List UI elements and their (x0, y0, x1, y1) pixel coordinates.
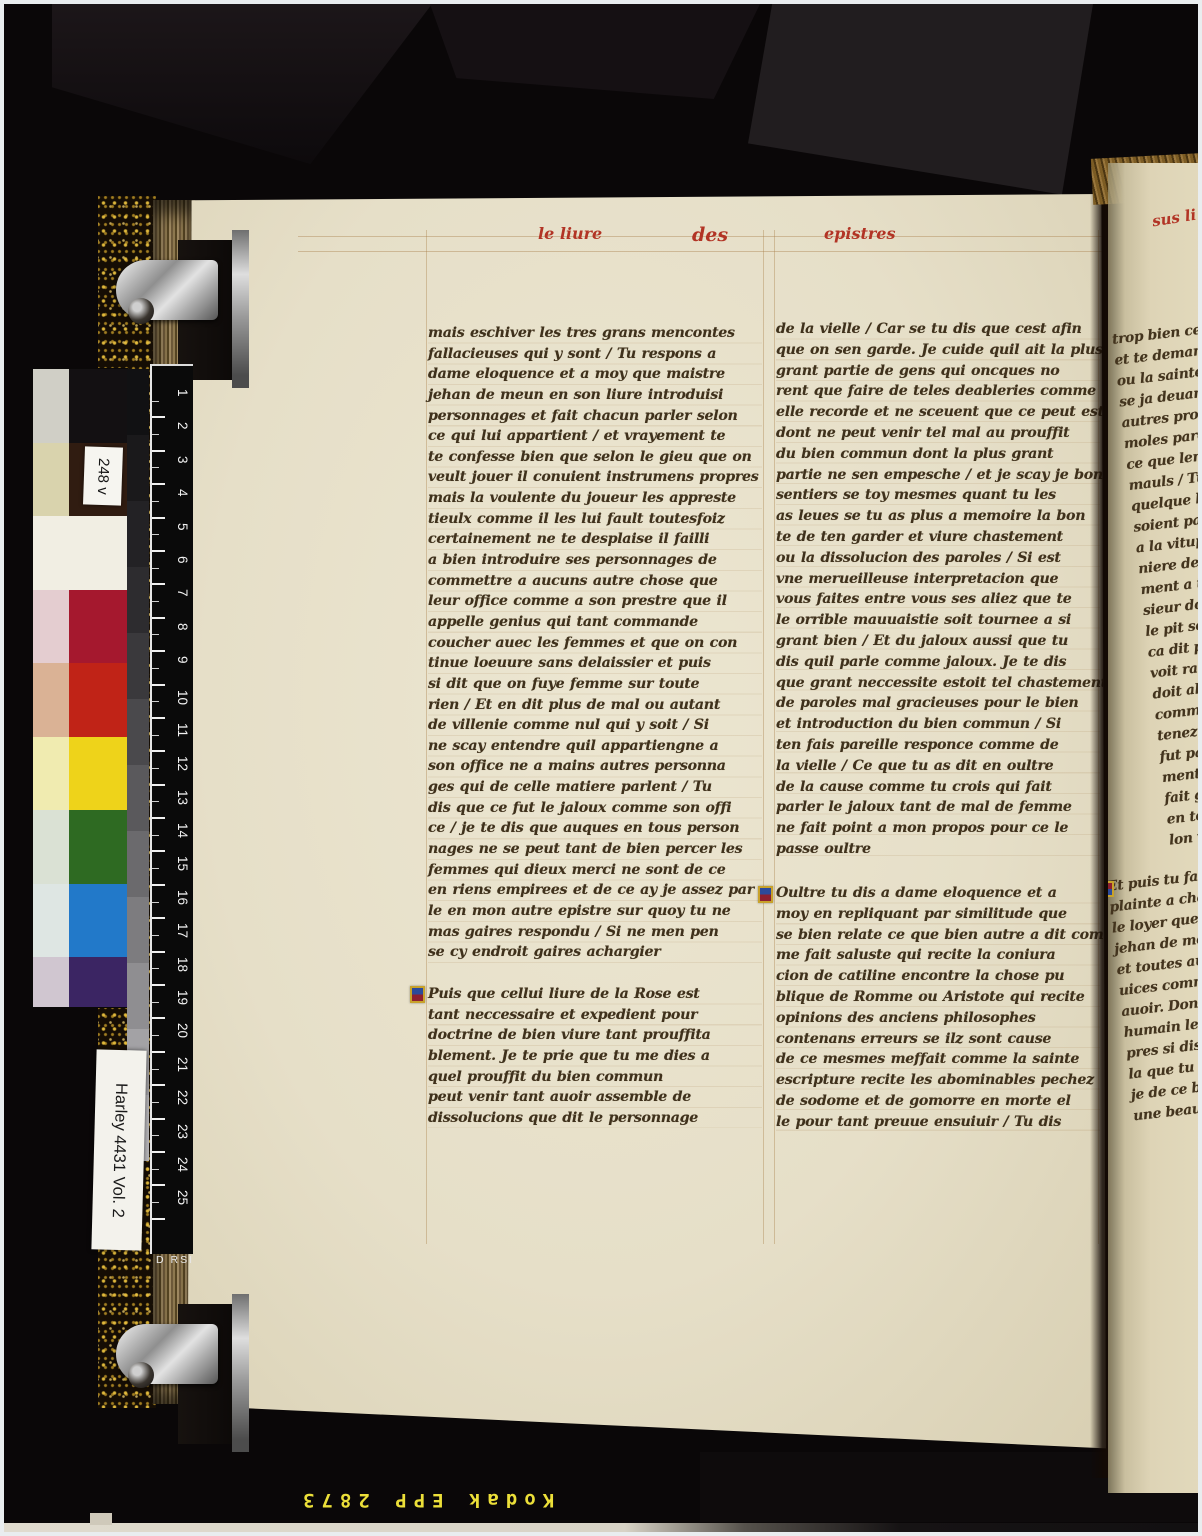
manuscript-line: certainement ne te desplaise il failli (428, 529, 762, 550)
ruler-number: 6 (175, 556, 190, 564)
color-chart-row (33, 810, 127, 884)
ruler-number: 2 (175, 422, 190, 430)
manuscript-line: parler le jaloux tant de mal de femme (776, 797, 1100, 818)
manuscript-line: ten fais pareille responce comme de (776, 735, 1100, 756)
ruler-number: 3 (175, 456, 190, 464)
manuscript-line: ne fait point a mon propos pour ce le (776, 818, 1100, 839)
facing-paragraph-1: trop bien ce te semble eet te demande se… (1111, 311, 1202, 852)
color-patch-tint (33, 810, 69, 884)
illuminated-paragraph-mark-icon (758, 886, 773, 903)
gray-step (127, 963, 149, 1029)
color-patch-tint (33, 590, 69, 664)
film-edge-text: Kodak EPP 2873 (296, 1489, 554, 1511)
ruler-tick-minor (152, 1202, 159, 1203)
color-patch-solid (69, 663, 127, 737)
ruler-unit: 17 (152, 918, 193, 951)
ruler-tick-minor (152, 401, 159, 402)
ruling-line (298, 251, 1102, 252)
manuscript-line: nages ne se peut tant de bien percer les (428, 839, 762, 860)
manuscript-line: as leues se tu as plus a memoire la bon (776, 506, 1100, 527)
manuscript-line: le pour tant preuue ensuiuir / Tu dis (776, 1112, 1100, 1133)
ruler-unit: 20 (152, 1018, 193, 1051)
manuscript-line: le en mon autre epistre sur quoy tu ne (428, 901, 762, 922)
ruler-unit: 1 (152, 384, 193, 417)
ruler-number: 9 (175, 656, 190, 664)
manuscript-line: blement. Je te prie que tu me dies a (428, 1046, 762, 1067)
manuscript-line: vous faites entre vous ses aliez que te (776, 589, 1100, 610)
color-patch-tint (33, 443, 69, 517)
running-header-left: le liure (538, 224, 602, 243)
gray-step (127, 567, 149, 633)
color-patch-solid (69, 516, 127, 590)
manuscript-line: ne scay entendre quil appartiengne a (428, 736, 762, 757)
color-chart-row (33, 737, 127, 811)
facing-page-edge: sus li trop bien ce te semble eet te dem… (1108, 163, 1202, 1493)
manuscript-line: se bien relate ce que bien autre a dit c… (776, 925, 1100, 946)
ruler-number: 20 (175, 1023, 190, 1038)
manuscript-line: moy en repliquant par similitude que (776, 904, 1100, 925)
ruler: 1 2 3 4 5 6 (150, 364, 193, 1254)
right-column-paragraph-2: Oultre tu dis a dame eloquence et amoy e… (776, 883, 1100, 1133)
manuscript-line: grant bien / Et du jaloux aussi que tu (776, 631, 1100, 652)
ruler-unit: 12 (152, 751, 193, 784)
gray-step (127, 435, 149, 501)
ruler-unit: 9 (152, 651, 193, 684)
manuscript-page: le liure des epistres mais eschiver les … (186, 194, 1106, 1456)
color-patch-tint (33, 884, 69, 958)
gray-step (127, 633, 149, 699)
manuscript-line: appelle genius qui tant commande (428, 612, 762, 633)
manuscript-line: commettre a aucuns autre chose que (428, 571, 762, 592)
ruler-tick-minor (152, 1069, 159, 1070)
color-patch-solid (69, 369, 127, 443)
ruler-unit: 8 (152, 618, 193, 651)
ruler-tick-major (152, 1218, 165, 1220)
manuscript-line: vne merueilleuse interpretacion que (776, 569, 1100, 590)
ruler-number: 19 (175, 990, 190, 1005)
ruler-number: 17 (175, 923, 190, 938)
binding-clip-bottom (116, 1302, 256, 1462)
ruler-number: 16 (175, 890, 190, 905)
running-header-center: des (692, 224, 728, 246)
ruler-number: 11 (175, 723, 190, 737)
ruler-number: 21 (175, 1057, 190, 1072)
manuscript-line: blique de Romme ou Aristote qui recite (776, 987, 1100, 1008)
manuscript-line: contenans erreurs se ilz sont cause (776, 1029, 1100, 1050)
right-column-paragraph-1: de la vielle / Car se tu dis que cest af… (776, 319, 1100, 860)
color-patch-solid (69, 884, 127, 958)
left-column-paragraph-1: mais eschiver les tres grans mencontesfa… (428, 323, 762, 963)
manuscript-line: femmes qui dieux merci ne sont de ce (428, 860, 762, 881)
ruler-tick-minor (152, 835, 159, 836)
ruler-unit: 24 (152, 1152, 193, 1185)
color-patch-tint (33, 957, 69, 1007)
manuscript-line: rent que faire de teles deableries comme (776, 381, 1100, 402)
color-chart-row (33, 516, 127, 590)
manuscript-line: tant neccessaire et expedient pour (428, 1005, 762, 1026)
ruler-tick-minor (152, 735, 159, 736)
left-column-paragraph-2: Puis que cellui liure de la Rose esttant… (428, 984, 762, 1128)
clip-hole (128, 1362, 154, 1388)
color-patch-tint (33, 516, 69, 590)
ruler-unit: 14 (152, 818, 193, 851)
ruler-tick-minor (152, 434, 159, 435)
manuscript-line: et introduction du bien commun / Si (776, 714, 1100, 735)
ruler-unit: 18 (152, 952, 193, 985)
gray-step (127, 699, 149, 765)
ruler-number: 13 (175, 790, 190, 805)
manuscript-line: dont ne peut venir tel mal au prouffit (776, 423, 1100, 444)
ruler-tick-minor (152, 1102, 159, 1103)
ruler-number: 15 (175, 856, 190, 871)
ruler-unit: 2 (152, 417, 193, 450)
ruler-tick-minor (152, 868, 159, 869)
manuscript-line: de la cause comme tu crois qui fait (776, 777, 1100, 798)
manuscript-line: du bien commun dont la plus grant (776, 444, 1100, 465)
gray-step (127, 765, 149, 831)
manuscript-line: Oultre tu dis a dame eloquence et a (776, 883, 1100, 904)
running-header: le liure des epistres (186, 224, 1106, 250)
film-strip-bottom (4, 1523, 1198, 1532)
ruler-tick-minor (152, 668, 159, 669)
color-chart-row (33, 957, 127, 1007)
manuscript-line: partie ne sen empesche / et je scay je b… (776, 465, 1100, 486)
ruler-unit: 19 (152, 985, 193, 1018)
manuscript-line: en riens empirees et de ce ay je assez p… (428, 880, 762, 901)
ruler-unit: 4 (152, 484, 193, 517)
ruler-unit: 21 (152, 1052, 193, 1085)
manuscript-line: leur office comme a son prestre que il (428, 591, 762, 612)
ruler-tick-minor (152, 534, 159, 535)
manuscript-line: de la vielle / Car se tu dis que cest af… (776, 319, 1100, 340)
clip-silver-bar (232, 230, 249, 388)
manuscript-line: si dit que on fuye femme sur toute (428, 674, 762, 695)
ruler-unit: 10 (152, 685, 193, 718)
color-patch-solid (69, 590, 127, 664)
manuscript-line: dissolucions que dit le personnage (428, 1108, 762, 1129)
manuscript-line: elle recorde et ne sceuent que ce peut e… (776, 402, 1100, 423)
manuscript-line: que on sen garde. Je cuide quil ait la p… (776, 340, 1100, 361)
ruler-number: 23 (175, 1124, 190, 1139)
manuscript-line: tieulx comme il les lui fault toutesfoiz (428, 509, 762, 530)
manuscript-line: rien / Et en dit plus de mal ou autant (428, 695, 762, 716)
ruler-unit: 16 (152, 885, 193, 918)
manuscript-line: ce qui lui appartient / et vrayement te (428, 426, 762, 447)
manuscript-line: de paroles mal gracieuses pour le bien (776, 693, 1100, 714)
ruler-tick-minor (152, 501, 159, 502)
gray-step (127, 369, 149, 435)
ruler-end-label: D RSI (156, 1254, 194, 1266)
ruler-number: 5 (175, 523, 190, 531)
ruler-unit: 15 (152, 851, 193, 884)
felt-top-center (430, 4, 760, 99)
color-patch-solid (69, 957, 127, 1007)
ruler-tick-minor (152, 568, 159, 569)
illuminated-paragraph-mark-icon (410, 986, 425, 1003)
illuminated-paragraph-mark-icon (1108, 881, 1114, 897)
manuscript-line: de villenie comme nul qui y soit / Si (428, 715, 762, 736)
ruler-number: 1 (175, 389, 190, 397)
manuscript-line: mas gaires respondu / Si ne men pen (428, 922, 762, 943)
ruler-number: 8 (175, 623, 190, 631)
felt-top-right (748, 4, 1093, 209)
ruler-unit: 25 (152, 1185, 193, 1218)
ruler-number: 24 (175, 1157, 190, 1172)
ruler-unit: 22 (152, 1085, 193, 1118)
color-patch-solid (69, 810, 127, 884)
shelfmark-label: Harley 4431 Vol. 2 (91, 1049, 146, 1250)
manuscript-line: a bien introduire ses personnages de (428, 550, 762, 571)
manuscript-line: ou la dissolucion des paroles / Si est (776, 548, 1100, 569)
ruler-tick-minor (152, 467, 159, 468)
gray-step (127, 897, 149, 963)
manuscript-line: tinue loeuure sans delaissier et puis (428, 653, 762, 674)
manuscript-line: ce / je te dis que auques en tous person (428, 818, 762, 839)
color-patch-tint (33, 663, 69, 737)
ruler-number: 4 (175, 489, 190, 497)
manuscript-line: sentiers se toy mesmes quant tu les (776, 485, 1100, 506)
ruler-tick-minor (152, 701, 159, 702)
facing-paragraph-2: Et puis tu fais vplainte a chastete ele … (1108, 858, 1202, 1128)
manuscript-line: quel prouffit du bien commun (428, 1067, 762, 1088)
gray-step (127, 831, 149, 897)
manuscript-line: dame eloquence et a moy que maistre (428, 364, 762, 385)
manuscript-line: ges qui de celle matiere parlent / Tu (428, 777, 762, 798)
folio-label: 248 v (83, 446, 123, 505)
ruler-tick-minor (152, 1002, 159, 1003)
ruler-tick-minor (152, 801, 159, 802)
ruler-tick-minor (152, 935, 159, 936)
manuscript-line: peut venir tant auoir assemble de (428, 1087, 762, 1108)
ruler-number: 22 (175, 1090, 190, 1105)
manuscript-line: que grant neccessite estoit tel chasteme… (776, 673, 1100, 694)
photo-stage: le liure des epistres mais eschiver les … (0, 0, 1202, 1536)
manuscript-line: dis que ce fut le jaloux comme son offi (428, 798, 762, 819)
manuscript-line: te confesse bien que selon le gieu que o… (428, 447, 762, 468)
ruler-tick-minor (152, 902, 159, 903)
manuscript-line: fallacieuses qui y sont / Tu respons a (428, 344, 762, 365)
manuscript-line: mais la voulente du joueur les appreste (428, 488, 762, 509)
ruling-line (774, 230, 775, 1244)
ruler-number: 7 (175, 589, 190, 597)
ruler-unit: 5 (152, 518, 193, 551)
manuscript-line: la vielle / Ce que tu as dit en oultre (776, 756, 1100, 777)
ruler-unit: 7 (152, 584, 193, 617)
manuscript-line: dis quil parle comme jaloux. Je te dis (776, 652, 1100, 673)
clip-hole (128, 298, 154, 324)
ruler-unit: 3 (152, 451, 193, 484)
ruler-number: 25 (175, 1190, 190, 1205)
manuscript-line: jehan de meun en son liure introduisi (428, 385, 762, 406)
clip-metal-head (116, 260, 218, 320)
ruling-line (426, 230, 427, 1244)
ruler-tick-minor (152, 1169, 159, 1170)
gray-step (127, 501, 149, 567)
manuscript-line: Puis que cellui liure de la Rose est (428, 984, 762, 1005)
manuscript-line: son office ne a mains autres personna (428, 756, 762, 777)
ruler-tick-minor (152, 601, 159, 602)
manuscript-line: te de ten garder et viure chastement (776, 527, 1100, 548)
manuscript-line: passe oultre (776, 839, 1100, 860)
manuscript-line: grant partie de gens qui oncques no (776, 361, 1100, 382)
manuscript-line: me fait saluste qui recite la coniura (776, 945, 1100, 966)
ruler-tick-minor (152, 1135, 159, 1136)
manuscript-line: de ce mesmes meffait comme la sainte (776, 1049, 1100, 1070)
ruler-number: 10 (175, 690, 190, 705)
ruler-number: 14 (175, 823, 190, 838)
manuscript-line: cion de catiline encontre la chose pu (776, 966, 1100, 987)
color-chart-row (33, 369, 127, 443)
ruler-tick-minor (152, 768, 159, 769)
manuscript-line: escripture recite les abominables pechez (776, 1070, 1100, 1091)
manuscript-line: veult jouer il conuient instrumens propr… (428, 467, 762, 488)
color-patch-solid (69, 737, 127, 811)
grayscale-strip (127, 369, 149, 1161)
ruler-scale: 1 2 3 4 5 6 (152, 384, 193, 1219)
manuscript-line: coucher auec les femmes et que on con (428, 633, 762, 654)
ruler-unit: 13 (152, 785, 193, 818)
color-patch-tint (33, 737, 69, 811)
color-chart-row (33, 590, 127, 664)
ruler-unit: 11 (152, 718, 193, 751)
ruling-line (763, 230, 764, 1244)
facing-running-header: sus li (1151, 206, 1198, 231)
clip-metal-head (116, 1324, 218, 1384)
manuscript-line: doctrine de bien viure tant prouffita (428, 1025, 762, 1046)
manuscript-line: opinions des anciens philosophes (776, 1008, 1100, 1029)
film-tab (90, 1513, 112, 1525)
manuscript-line: personnages et fait chacun parler selon (428, 406, 762, 427)
ruler-number: 12 (175, 756, 190, 771)
color-patch-tint (33, 369, 69, 443)
ruler-unit: 6 (152, 551, 193, 584)
ruler-tick-minor (152, 634, 159, 635)
ruler-tick-minor (152, 968, 159, 969)
ruler-number: 18 (175, 957, 190, 972)
manuscript-line: se cy endroit gaires achargier (428, 942, 762, 963)
color-chart-row (33, 663, 127, 737)
ruler-tick-minor (152, 1035, 159, 1036)
felt-top-left (52, 4, 432, 164)
clip-silver-bar (232, 1294, 249, 1452)
ruler-unit: 23 (152, 1119, 193, 1152)
color-chart-row (33, 884, 127, 958)
running-header-right: epistres (824, 224, 895, 243)
manuscript-line: de sodome et de gomorre en morte el (776, 1091, 1100, 1112)
manuscript-line: le orrible mauuaistie soit tournee a si (776, 610, 1100, 631)
manuscript-line: mais eschiver les tres grans mencontes (428, 323, 762, 344)
